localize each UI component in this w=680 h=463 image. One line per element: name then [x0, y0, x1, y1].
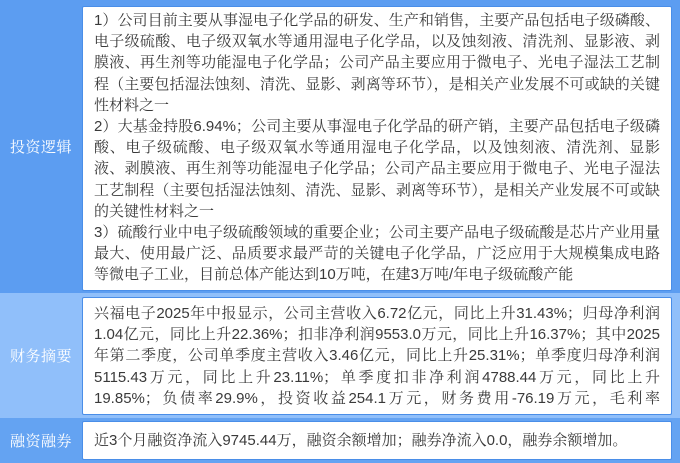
row-label-margin-trading: 融资融券	[0, 418, 82, 463]
row-label-financial-summary: 财务摘要	[0, 293, 82, 418]
margin-trading-box: 近3个月融资净流入9745.44万，融资余额增加；融券净流入0.0，融券余额增加…	[82, 421, 672, 460]
row-label-investment-logic: 投资逻辑	[0, 0, 82, 293]
row-financial-summary: 财务摘要 兴福电子2025年中报显示，公司主营收入6.72亿元，同比上升31.4…	[0, 293, 680, 418]
paragraph-financial-summary: 兴福电子2025年中报显示，公司主营收入6.72亿元，同比上升31.43%；归母…	[94, 303, 660, 415]
paragraph-item-3: 3）硫酸行业中电子级硫酸领域的重要企业；公司主要产品电子级硫酸是芯片产业用量最大…	[94, 222, 660, 286]
financial-summary-box: 兴福电子2025年中报显示，公司主营收入6.72亿元，同比上升31.43%；归母…	[82, 297, 672, 415]
paragraph-item-1: 1）公司目前主要从事湿电子化学品的研发、生产和销售，主要产品包括电子级磷酸、电子…	[94, 10, 660, 116]
stock-analysis-table: 投资逻辑 1）公司目前主要从事湿电子化学品的研发、生产和销售，主要产品包括电子级…	[0, 0, 680, 463]
row-investment-logic: 投资逻辑 1）公司目前主要从事湿电子化学品的研发、生产和销售，主要产品包括电子级…	[0, 0, 680, 293]
paragraph-margin-trading: 近3个月融资净流入9745.44万，融资余额增加；融券净流入0.0，融券余额增加…	[94, 430, 660, 451]
row-margin-trading: 融资融券 近3个月融资净流入9745.44万，融资余额增加；融券净流入0.0，融…	[0, 418, 680, 463]
financial-summary-content: 兴福电子2025年中报显示，公司主营收入6.72亿元，同比上升31.43%；归母…	[82, 293, 680, 418]
paragraph-item-2: 2）大基金持股6.94%；公司主要从事湿电子化学品的研产销，主要产品包括电子级磷…	[94, 116, 660, 222]
investment-logic-content: 1）公司目前主要从事湿电子化学品的研发、生产和销售，主要产品包括电子级磷酸、电子…	[82, 0, 680, 293]
investment-logic-box: 1）公司目前主要从事湿电子化学品的研发、生产和销售，主要产品包括电子级磷酸、电子…	[82, 6, 672, 291]
margin-trading-content: 近3个月融资净流入9745.44万，融资余额增加；融券净流入0.0，融券余额增加…	[82, 418, 680, 463]
